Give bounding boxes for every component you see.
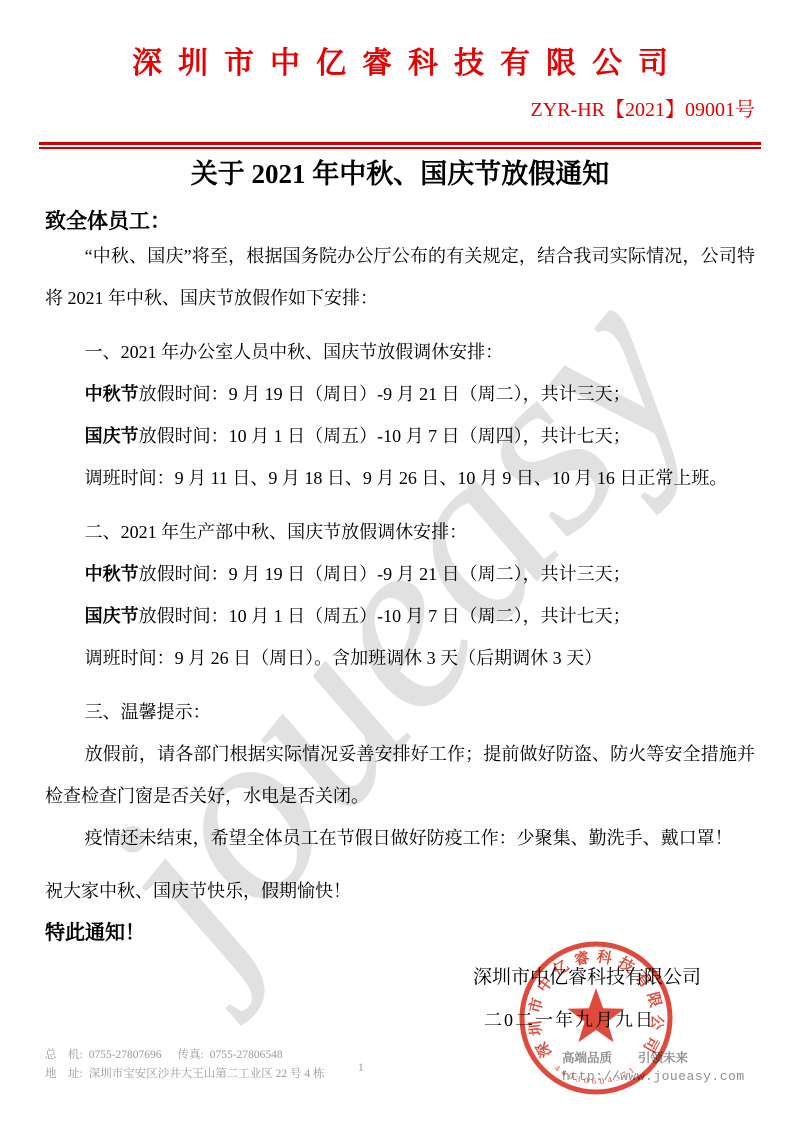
workdays-text: 调班时间：9 月 26 日（周日）。含加班调休 3 天（后期调休 3 天）	[85, 648, 603, 668]
intro-paragraph: “中秋、国庆”将至，根据国务院办公厅公布的有关规定，结合我司实际情况，公司特将 …	[45, 235, 755, 319]
slogan-right: 引领未来	[638, 1051, 688, 1065]
national-label: 国庆节	[85, 606, 139, 626]
closing-wish: 祝大家中秋、国庆节快乐，假期愉快！	[45, 870, 755, 912]
section1-item-midautumn: 中秋节放假时间：9 月 19 日（周日）-9 月 21 日（周二），共计三天；	[45, 373, 755, 415]
section2-item-midautumn: 中秋节放假时间：9 月 19 日（周日）-9 月 21 日（周二），共计三天；	[45, 553, 755, 595]
document-number: ZYR-HR【2021】09001号	[45, 98, 755, 122]
section2-heading: 二、2021 年生产部中秋、国庆节放假调休安排：	[45, 511, 755, 553]
footer-website: http://www.joueasy.com	[562, 1069, 745, 1084]
document-title: 关于 2021 年中秋、国庆节放假通知	[45, 157, 755, 191]
midautumn-dates: 放假时间：9 月 19 日（周日）-9 月 21 日（周二），共计三天；	[139, 384, 631, 404]
footer-phone-row: 总 机:0755-27807696传真:0755-27806548	[45, 1046, 324, 1065]
section2-item-workdays: 调班时间：9 月 26 日（周日）。含加班调休 3 天（后期调休 3 天）	[45, 637, 755, 679]
document-page: joueasy 深圳市中亿睿科技有限公司 ZYR-HR【2021】09001号 …	[0, 0, 800, 1131]
midautumn-label: 中秋节	[85, 564, 139, 584]
workdays-text: 调班时间：9 月 11 日、9 月 18 日、9 月 26 日、10 月 9 日…	[85, 468, 728, 488]
page-number: 1	[358, 1062, 364, 1074]
section2-item-national: 国庆节放假时间：10 月 1 日（周五）-10 月 7 日（周二），共计七天；	[45, 595, 755, 637]
section3-paragraph-covid: 疫情还未结束，希望全体员工在节假日做好防疫工作：少聚集、勤洗手、戴口罩！	[45, 817, 755, 859]
section1-heading: 一、2021 年办公室人员中秋、国庆节放假调休安排：	[45, 331, 755, 373]
fax-number: 0755-27806548	[210, 1049, 283, 1061]
section3-heading: 三、温馨提示：	[45, 691, 755, 733]
national-dates: 放假时间：10 月 1 日（周五）-10 月 7 日（周四），共计七天；	[139, 426, 631, 446]
phone-number: 0755-27807696	[89, 1049, 162, 1061]
footer-brand-block: 高端品质引领未来 http://www.joueasy.com	[562, 1048, 745, 1084]
slogan-left: 高端品质	[562, 1051, 612, 1065]
closing-notice: 特此通知！	[45, 912, 755, 954]
signature-date: 二0二一年九月九日	[45, 999, 655, 1041]
footer-address-row: 地 址:深圳市宝安区沙井大王山第二工业区 22 号 4 栋	[45, 1065, 324, 1084]
address-label: 地 址:	[45, 1068, 83, 1080]
fax-label: 传真:	[178, 1049, 204, 1061]
document-content: 深圳市中亿睿科技有限公司 ZYR-HR【2021】09001号 关于 2021 …	[0, 0, 800, 1041]
midautumn-label: 中秋节	[85, 384, 139, 404]
section1-item-national: 国庆节放假时间：10 月 1 日（周五）-10 月 7 日（周四），共计七天；	[45, 415, 755, 457]
section3-paragraph-safety: 放假前，请各部门根据实际情况妥善安排好工作；提前做好防盗、防火等安全措施并检查检…	[45, 733, 755, 817]
midautumn-dates: 放假时间：9 月 19 日（周日）-9 月 21 日（周二），共计三天；	[139, 564, 631, 584]
national-dates: 放假时间：10 月 1 日（周五）-10 月 7 日（周二），共计七天；	[139, 606, 631, 626]
section1-item-workdays: 调班时间：9 月 11 日、9 月 18 日、9 月 26 日、10 月 9 日…	[45, 457, 755, 499]
salutation: 致全体员工：	[45, 207, 755, 235]
national-label: 国庆节	[85, 426, 139, 446]
letterhead-divider-rule	[39, 142, 761, 149]
signature-company: 深圳市中亿睿科技有限公司	[45, 957, 701, 999]
footer-contact-block: 总 机:0755-27807696传真:0755-27806548 地 址:深圳…	[45, 1046, 324, 1083]
footer-slogan: 高端品质引领未来	[562, 1048, 745, 1066]
phone-label: 总 机:	[45, 1049, 83, 1061]
company-letterhead: 深圳市中亿睿科技有限公司	[45, 46, 755, 82]
address-text: 深圳市宝安区沙井大王山第二工业区 22 号 4 栋	[89, 1068, 325, 1080]
